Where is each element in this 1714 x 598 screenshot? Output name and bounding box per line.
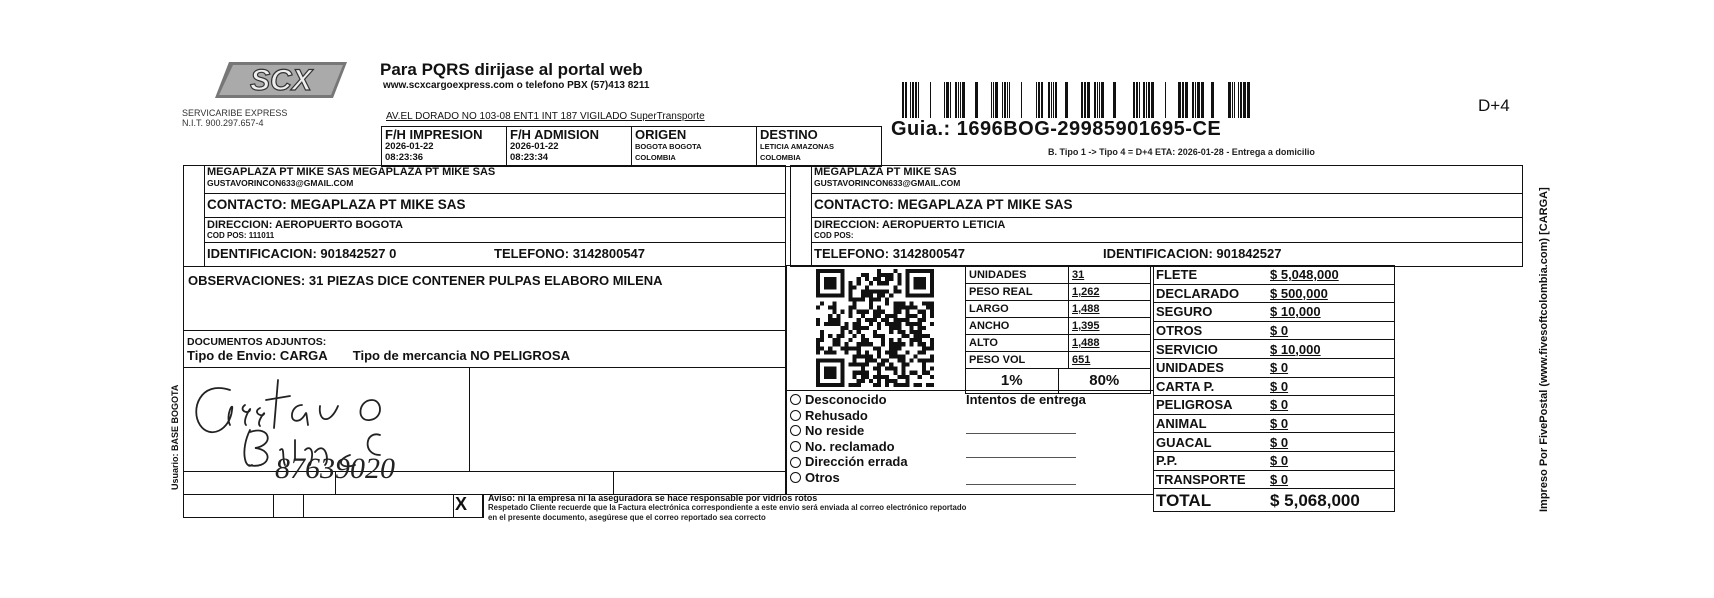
print-time: 08:23:36 xyxy=(385,152,503,163)
charge-label: P.P. xyxy=(1154,451,1269,470)
shipment-dates: F/H IMPRESION 2026-01-22 08:23:36 F/H AD… xyxy=(381,126,882,167)
percentage-1: 1% xyxy=(966,369,1059,393)
sender-contact: CONTACTO: MEGAPLAZA PT MIKE SAS xyxy=(207,193,785,217)
charge-value: $ 500,000 xyxy=(1268,284,1395,303)
charge-label: GUACAL xyxy=(1154,433,1269,452)
qr-code xyxy=(816,269,934,387)
radio-circle-icon[interactable] xyxy=(790,394,801,405)
delivery-failure-options: DesconocidoRehusadoNo resideNo. reclamad… xyxy=(790,392,908,486)
charge-row: SEGURO$ 10,000 xyxy=(1154,303,1395,322)
notice-email: en el presente documento, asegúrese que … xyxy=(488,513,966,523)
measurement-label: PESO VOL xyxy=(966,352,1069,369)
charge-label: OTROS xyxy=(1154,321,1269,340)
attempt-line-3 xyxy=(966,484,1076,485)
admission-date-label: F/H ADMISION xyxy=(510,128,628,141)
measurement-value: 31 xyxy=(1069,267,1151,284)
origin-cell: ORIGEN BOGOTA BOGOTA COLOMBIA xyxy=(632,127,757,166)
charge-row: GUACAL$ 0 xyxy=(1154,433,1395,452)
company-name: SERVICARIBE EXPRESS xyxy=(182,108,287,118)
measurement-row: UNIDADES31 xyxy=(966,267,1151,284)
charge-row: DECLARADO$ 500,000 xyxy=(1154,284,1395,303)
recipient-address: DIRECCION: AEROPUERTO LETICIA xyxy=(814,219,1522,231)
radio-circle-icon[interactable] xyxy=(790,472,801,483)
measurement-row: LARGO1,488 xyxy=(966,301,1151,318)
print-date-label: F/H IMPRESION xyxy=(385,128,503,141)
recipient-contact: CONTACTO: MEGAPLAZA PT MIKE SAS xyxy=(814,193,1522,217)
charge-label: TRANSPORTE xyxy=(1154,470,1269,489)
charge-label: DECLARADO xyxy=(1154,284,1269,303)
charge-label: PELIGROSA xyxy=(1154,396,1269,415)
admission-date: 2026-01-22 xyxy=(510,141,628,152)
charge-row: UNIDADES$ 0 xyxy=(1154,358,1395,377)
notice-invoice: Respetado Cliente recuerde que la Factur… xyxy=(488,503,966,513)
company-address: AV.EL DORADO NO 103-08 ENT1 INT 187 VIGI… xyxy=(386,111,705,122)
charge-value: $ 0 xyxy=(1268,414,1395,433)
charge-value: $ 0 xyxy=(1268,470,1395,489)
charge-value: $ 0 xyxy=(1268,396,1395,415)
sender-identification: IDENTIFICACION: 901842527 0 xyxy=(207,246,396,261)
charge-label: SERVICIO xyxy=(1154,340,1269,359)
delivery-attempts-label: Intentos de entrega xyxy=(966,392,1086,407)
service-level: D+4 xyxy=(1478,96,1510,116)
total-row: TOTAL $ 5,068,000 xyxy=(1154,489,1395,512)
print-date-cell: F/H IMPRESION 2026-01-22 08:23:36 xyxy=(382,127,507,166)
origin-label: ORIGEN xyxy=(635,128,753,141)
charge-value: $ 10,000 xyxy=(1268,303,1395,322)
charges-table: FLETE$ 5,048,000DECLARADO$ 500,000SEGURO… xyxy=(1153,265,1395,512)
radio-circle-icon[interactable] xyxy=(790,425,801,436)
destination-label: DESTINO xyxy=(760,128,878,141)
pqrs-contact: www.scxcargoexpress.com o telefono PBX (… xyxy=(383,80,649,91)
notice: Aviso: ni la empresa ni la aseguradora s… xyxy=(488,493,966,523)
delivery-type-line: B. Tipo 1 -> Tipo 4 = D+4 ETA: 2026-01-2… xyxy=(1048,147,1315,157)
measurement-value: 1,395 xyxy=(1069,318,1151,335)
delivery-option[interactable]: Desconocido xyxy=(790,392,908,408)
destination-country: COLOMBIA xyxy=(760,152,878,163)
charge-value: $ 10,000 xyxy=(1268,340,1395,359)
bottom-fields xyxy=(183,494,483,518)
svg-text:SCX: SCX xyxy=(250,64,314,97)
signature-number: 87639020 xyxy=(275,452,395,480)
shipment-type: Tipo de Envio: CARGA Tipo de mercancia N… xyxy=(187,348,570,363)
radio-circle-icon[interactable] xyxy=(790,410,801,421)
measurement-row: ALTO1,488 xyxy=(966,335,1151,352)
percentage-2: 80% xyxy=(1059,369,1151,393)
observations-text: OBSERVACIONES: 31 PIEZAS DICE CONTENER P… xyxy=(188,273,663,288)
charge-value: $ 0 xyxy=(1268,451,1395,470)
origin-country: COLOMBIA xyxy=(635,152,753,163)
charge-row: P.P.$ 0 xyxy=(1154,451,1395,470)
sender-address: DIRECCION: AEROPUERTO BOGOTA xyxy=(207,219,785,231)
barcode xyxy=(902,82,1250,118)
delivery-option-label: Desconocido xyxy=(805,392,887,408)
recipient-name: MEGAPLAZA PT MIKE SAS xyxy=(814,166,1522,178)
charge-row: OTROS$ 0 xyxy=(1154,321,1395,340)
charge-label: CARTA P. xyxy=(1154,377,1269,396)
charge-row: CARTA P.$ 0 xyxy=(1154,377,1395,396)
measurement-label: LARGO xyxy=(966,301,1069,318)
delivery-option-label: Dirección errada xyxy=(805,454,908,470)
charge-value: $ 0 xyxy=(1268,433,1395,452)
x-mark: X xyxy=(455,494,467,515)
charge-value: $ 0 xyxy=(1268,377,1395,396)
sender-postal-code: COD POS: 111011 xyxy=(207,231,785,240)
scx-logo: SCX xyxy=(215,62,347,98)
recipient-phone: TELEFONO: 3142800547 xyxy=(814,246,965,261)
delivery-option[interactable]: Dirección errada xyxy=(790,454,908,470)
measurement-value: 1,488 xyxy=(1069,335,1151,352)
charge-value: $ 5,048,000 xyxy=(1268,266,1395,285)
recipient-postal-code: COD POS: xyxy=(814,231,1522,240)
charge-label: ANIMAL xyxy=(1154,414,1269,433)
charge-row: FLETE$ 5,048,000 xyxy=(1154,266,1395,285)
company-info: SERVICARIBE EXPRESS N.I.T. 900.297.657-4 xyxy=(182,108,287,128)
attempt-line-1 xyxy=(966,433,1076,434)
charge-label: SEGURO xyxy=(1154,303,1269,322)
charge-label: UNIDADES xyxy=(1154,358,1269,377)
radio-circle-icon[interactable] xyxy=(790,441,801,452)
delivery-option[interactable]: No reside xyxy=(790,423,908,439)
delivery-option-label: Otros xyxy=(805,470,840,486)
attempt-line-2 xyxy=(966,457,1076,458)
delivery-option-label: No reside xyxy=(805,423,864,439)
measurements-table: UNIDADES31PESO REAL1,262LARGO1,488ANCHO1… xyxy=(965,266,1151,394)
print-date: 2026-01-22 xyxy=(385,141,503,152)
sender-name: MEGAPLAZA PT MIKE SAS MEGAPLAZA PT MIKE … xyxy=(207,166,785,178)
observations-box: OBSERVACIONES: 31 PIEZAS DICE CONTENER P… xyxy=(183,266,786,331)
handwritten-signature: 87639020 xyxy=(190,370,490,480)
admission-date-cell: F/H ADMISION 2026-01-22 08:23:34 xyxy=(507,127,632,166)
delivery-option[interactable]: No. reclamado xyxy=(790,439,908,455)
percentages: 1% 80% xyxy=(966,369,1150,393)
measurement-row: PESO REAL1,262 xyxy=(966,284,1151,301)
delivery-option[interactable]: Otros xyxy=(790,470,908,486)
radio-circle-icon[interactable] xyxy=(790,457,801,468)
charge-label: FLETE xyxy=(1154,266,1269,285)
measurement-label: PESO REAL xyxy=(966,284,1069,301)
destination-city: LETICIA AMAZONAS xyxy=(760,141,878,152)
admission-time: 08:23:34 xyxy=(510,152,628,163)
total-value: $ 5,068,000 xyxy=(1268,489,1395,512)
measurement-label: ALTO xyxy=(966,335,1069,352)
charge-row: TRANSPORTE$ 0 xyxy=(1154,470,1395,489)
user-label: Usuario: BASE BOGOTA xyxy=(170,385,180,490)
recipient-email: GUSTAVORINCON633@GMAIL.COM xyxy=(814,178,1522,188)
origin-city: BOGOTA BOGOTA xyxy=(635,141,753,152)
charge-row: SERVICIO$ 10,000 xyxy=(1154,340,1395,359)
measurement-value: 1,262 xyxy=(1069,284,1151,301)
sender-email: GUSTAVORINCON633@GMAIL.COM xyxy=(207,178,785,188)
charge-value: $ 0 xyxy=(1268,321,1395,340)
documents-label: DOCUMENTOS ADJUNTOS: xyxy=(187,336,326,348)
measurement-row: ANCHO1,395 xyxy=(966,318,1151,335)
printed-by: Impreso Por FivePostal (www.fivesoftcolo… xyxy=(1538,187,1550,512)
recipient-identification: IDENTIFICACION: 901842527 xyxy=(1103,243,1281,265)
sender-block: MEGAPLAZA PT MIKE SAS MEGAPLAZA PT MIKE … xyxy=(183,165,786,267)
charge-row: PELIGROSA$ 0 xyxy=(1154,396,1395,415)
shipment-type-value: Tipo de Envio: CARGA xyxy=(187,348,327,363)
company-nit: N.I.T. 900.297.657-4 xyxy=(182,118,287,128)
measurement-value: 651 xyxy=(1069,352,1151,369)
measurement-label: ANCHO xyxy=(966,318,1069,335)
recipient-block: MEGAPLAZA PT MIKE SAS GUSTAVORINCON633@G… xyxy=(790,165,1523,267)
guia-number: Guia.: 1696BOG-29985901695-CE xyxy=(891,118,1221,141)
total-label: TOTAL xyxy=(1154,489,1269,512)
pqrs-title: Para PQRS dirijase al portal web xyxy=(380,60,643,80)
merchandise-type: Tipo de mercancia NO PELIGROSA xyxy=(353,348,570,363)
measurement-value: 1,488 xyxy=(1069,301,1151,318)
charge-value: $ 0 xyxy=(1268,358,1395,377)
delivery-option-label: Rehusado xyxy=(805,408,868,424)
sender-phone: TELEFONO: 3142800547 xyxy=(494,243,645,265)
charge-row: ANIMAL$ 0 xyxy=(1154,414,1395,433)
measurement-label: UNIDADES xyxy=(966,267,1069,284)
delivery-option-label: No. reclamado xyxy=(805,439,895,455)
delivery-option[interactable]: Rehusado xyxy=(790,408,908,424)
destination-cell: DESTINO LETICIA AMAZONAS COLOMBIA xyxy=(757,127,881,166)
documents-box: DOCUMENTOS ADJUNTOS: Tipo de Envio: CARG… xyxy=(183,330,786,368)
measurement-row: PESO VOL651 xyxy=(966,352,1151,369)
